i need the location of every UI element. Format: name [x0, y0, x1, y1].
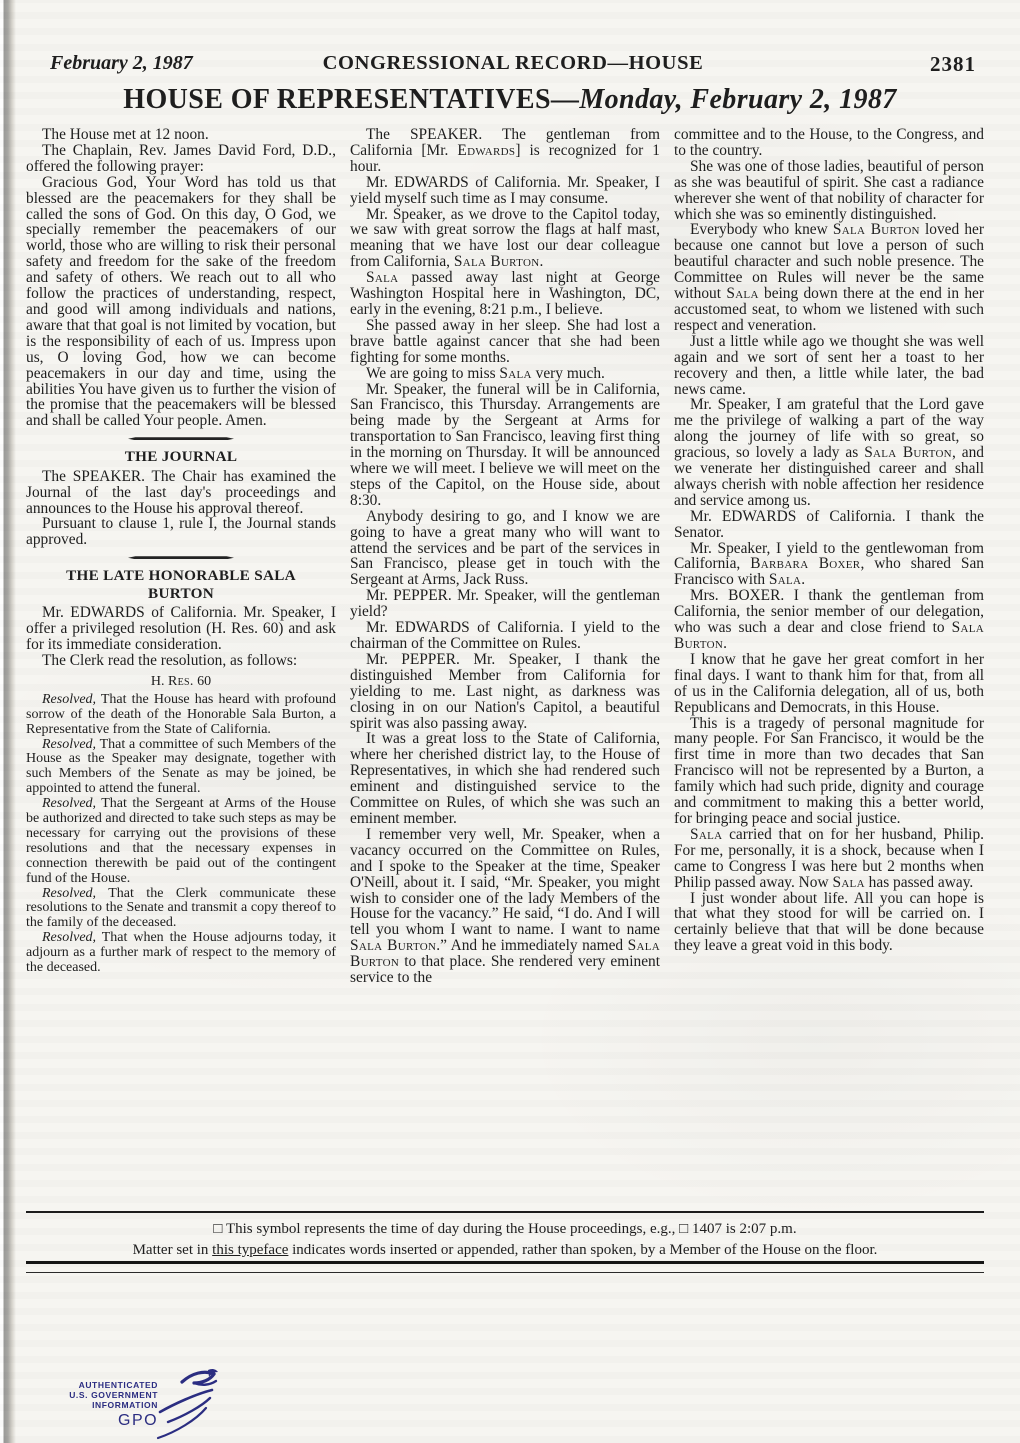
text-segment: I know that he gave her great comfort in…: [674, 651, 984, 716]
paragraph: Mr. PEPPER. Mr. Speaker, will the gentle…: [350, 588, 660, 620]
text-segment: Matter set in: [133, 1242, 213, 1258]
footer-top-rule: [26, 1211, 984, 1213]
running-head: February 2, 1987 CONGRESSIONAL RECORD—HO…: [50, 52, 976, 78]
article-columns: The House met at 12 noon.The Chaplain, R…: [26, 127, 984, 1209]
text-segment: It was a great loss to the State of Cali…: [350, 730, 660, 827]
text-segment: I remember very well, Mr. Speaker, when …: [350, 826, 660, 938]
footer-double-rule: [26, 1261, 984, 1273]
paragraph: She was one of those ladies, beautiful o…: [674, 159, 984, 223]
paragraph: The House met at 12 noon.: [26, 127, 336, 143]
text-segment: 60: [194, 674, 212, 689]
paragraph: Mr. PEPPER. Mr. Speaker, I thank the dis…: [350, 652, 660, 732]
text-segment: Mr. EDWARDS of California. I thank the S…: [674, 508, 984, 541]
text-segment: The Chaplain, Rev. James David Ford, D.D…: [26, 142, 336, 175]
paragraph: We are going to miss Sala very much.: [350, 366, 660, 382]
text-segment: Res.: [168, 674, 194, 689]
gpo-authentication-text: AUTHENTICATED U.S. GOVERNMENT INFORMATIO…: [60, 1380, 158, 1410]
page-title-plain: HOUSE OF REPRESENTATIVES—: [123, 84, 579, 115]
text-segment: Sala Burton: [350, 937, 436, 954]
paragraph: Sala carried that on for her husband, Ph…: [674, 827, 984, 891]
text-segment: I just wonder about life. All you can ho…: [674, 890, 984, 955]
paragraph: I remember very well, Mr. Speaker, when …: [350, 827, 660, 986]
text-segment: The SPEAKER. The Chair has examined the …: [26, 468, 336, 517]
paragraph: I know that he gave her great comfort in…: [674, 652, 984, 716]
resolution-number: H. Res. 60: [26, 674, 336, 690]
text-segment: Mr. EDWARDS of California. I yield to th…: [350, 619, 660, 652]
text-segment: Just a little while ago we thought she w…: [674, 333, 984, 398]
section-heading: THE JOURNAL: [40, 448, 322, 466]
paragraph: Resolved, That the House has heard with …: [26, 693, 336, 738]
text-segment: .” And he immediately named: [436, 937, 627, 954]
paragraph: She passed away in her sleep. She had lo…: [350, 318, 660, 366]
text-segment: Mr. EDWARDS of California. Mr. Speaker, …: [350, 174, 660, 207]
text-segment: Sala Burton: [833, 221, 920, 238]
text-segment: .: [723, 635, 727, 652]
column-3: committee and to the House, to the Congr…: [674, 127, 984, 1209]
paragraph: This is a tragedy of personal magnitude …: [674, 716, 984, 827]
paragraph: Resolved, That the Clerk communicate the…: [26, 887, 336, 932]
gpo-eagle-icon: [152, 1368, 218, 1442]
gpo-line-information: INFORMATION: [60, 1400, 158, 1410]
text-segment: Anybody desiring to go, and I know we ar…: [350, 508, 660, 589]
paragraph: Mrs. BOXER. I thank the gentleman from C…: [674, 588, 984, 652]
text-segment: committee and to the House, to the Congr…: [674, 127, 984, 159]
text-segment: Resolved,: [42, 737, 96, 752]
text-segment: Mr. Speaker, the funeral will be in Cali…: [350, 381, 660, 509]
paragraph: The Chaplain, Rev. James David Ford, D.D…: [26, 143, 336, 175]
text-segment: very much.: [532, 365, 605, 382]
paragraph: Sala passed away last night at George Wa…: [350, 270, 660, 318]
text-segment: .: [539, 253, 543, 270]
page-title: HOUSE OF REPRESENTATIVES—Monday, Februar…: [0, 84, 1020, 116]
paragraph: Everybody who knew Sala Burton loved her…: [674, 222, 984, 333]
paragraph: committee and to the House, to the Congr…: [674, 127, 984, 159]
text-segment: this typeface: [212, 1242, 288, 1258]
paragraph: Mr. Speaker, as we drove to the Capitol …: [350, 207, 660, 271]
text-segment: indicates words inserted or appended, ra…: [288, 1242, 877, 1258]
text-segment: This is a tragedy of personal magnitude …: [674, 715, 984, 827]
paragraph: I just wonder about life. All you can ho…: [674, 891, 984, 955]
page-title-date: Monday, February 2, 1987: [579, 84, 896, 115]
paragraph: Mr. Speaker, the funeral will be in Cali…: [350, 382, 660, 509]
footnote-typeface: Matter set in this typeface indicates wo…: [40, 1240, 970, 1260]
text-segment: Pursuant to clause 1, rule I, the Journa…: [26, 515, 336, 548]
text-segment: H.: [151, 674, 168, 689]
text-segment: The Clerk read the resolution, as follow…: [42, 652, 297, 669]
paragraph: Pursuant to clause 1, rule I, the Journa…: [26, 516, 336, 548]
paragraph: It was a great loss to the State of Cali…: [350, 731, 660, 826]
text-segment: Sala: [769, 571, 801, 588]
text-segment: Sala: [832, 874, 864, 891]
text-segment: Resolved,: [42, 796, 96, 811]
text-segment: The House met at 12 noon.: [42, 127, 209, 143]
text-segment: Mr. PEPPER. Mr. Speaker, I thank the dis…: [350, 651, 660, 732]
column-2: The SPEAKER. The gentleman from Californ…: [350, 127, 660, 1209]
column-1: The House met at 12 noon.The Chaplain, R…: [26, 127, 336, 1209]
text-segment: □ This symbol represents the time of day…: [213, 1221, 796, 1237]
paragraph: Gracious God, Your Word has told us that…: [26, 175, 336, 430]
paragraph: Mr. EDWARDS of California. I yield to th…: [350, 620, 660, 652]
text-segment: Mr. EDWARDS of California. Mr. Speaker, …: [26, 604, 336, 653]
footnotes: □ This symbol represents the time of day…: [40, 1219, 970, 1260]
text-segment: Sala: [499, 365, 531, 382]
paragraph: The SPEAKER. The Chair has examined the …: [26, 469, 336, 517]
section-separator: [128, 437, 234, 440]
paragraph: The Clerk read the resolution, as follow…: [26, 653, 336, 669]
section-heading: THE LATE HONORABLE SALA BURTON: [40, 567, 322, 602]
text-segment: We are going to miss: [366, 365, 499, 382]
text-segment: Sala: [366, 269, 398, 286]
text-segment: Edwards: [457, 142, 515, 159]
text-segment: Everybody who knew: [690, 221, 833, 238]
paragraph: Resolved, That when the House adjourns t…: [26, 931, 336, 976]
paragraph: The SPEAKER. The gentleman from Californ…: [350, 127, 660, 175]
paragraph: Mr. Speaker, I am grateful that the Lord…: [674, 397, 984, 508]
paragraph: Mr. EDWARDS of California. Mr. Speaker, …: [26, 605, 336, 653]
paragraph: Anybody desiring to go, and I know we ar…: [350, 509, 660, 589]
text-segment: Barbara Boxer: [750, 555, 860, 572]
text-segment: Mr. PEPPER. Mr. Speaker, will the gentle…: [350, 587, 660, 620]
gpo-line-authenticated: AUTHENTICATED: [60, 1380, 158, 1390]
text-segment: has passed away.: [865, 874, 973, 891]
text-segment: Sala Burton: [864, 444, 952, 461]
page-number: 2381: [930, 52, 976, 77]
paragraph: Resolved, That a committee of such Membe…: [26, 738, 336, 798]
gpo-seal: AUTHENTICATED U.S. GOVERNMENT INFORMATIO…: [60, 1372, 210, 1442]
footnote-time-symbol: □ This symbol represents the time of day…: [40, 1219, 970, 1239]
paragraph: Mr. EDWARDS of California. I thank the S…: [674, 509, 984, 541]
text-segment: Resolved,: [42, 692, 96, 707]
text-segment: Gracious God, Your Word has told us that…: [26, 174, 336, 430]
paragraph: Mr. EDWARDS of California. Mr. Speaker, …: [350, 175, 660, 207]
text-segment: .: [801, 571, 805, 588]
scan-edge-artifact: [0, 0, 16, 1443]
text-segment: Sala: [690, 826, 722, 843]
paragraph: Resolved, That the Sergeant at Arms of t…: [26, 797, 336, 886]
paragraph: Mr. Speaker, I yield to the gentlewoman …: [674, 541, 984, 589]
issue-date: February 2, 1987: [50, 52, 193, 75]
gpo-line-us-government: U.S. GOVERNMENT: [60, 1390, 158, 1400]
text-segment: Resolved,: [42, 886, 96, 901]
text-segment: Sala: [726, 285, 758, 302]
text-segment: Resolved,: [42, 930, 96, 945]
text-segment: Sala Burton: [454, 253, 540, 270]
text-segment: Mrs. BOXER. I thank the gentleman from C…: [674, 587, 984, 636]
text-segment: She passed away in her sleep. She had lo…: [350, 317, 660, 366]
paragraph: Just a little while ago we thought she w…: [674, 334, 984, 398]
congressional-record-page: February 2, 1987 CONGRESSIONAL RECORD—HO…: [0, 0, 1020, 1443]
text-segment: She was one of those ladies, beautiful o…: [674, 158, 984, 223]
section-separator: [128, 556, 234, 559]
